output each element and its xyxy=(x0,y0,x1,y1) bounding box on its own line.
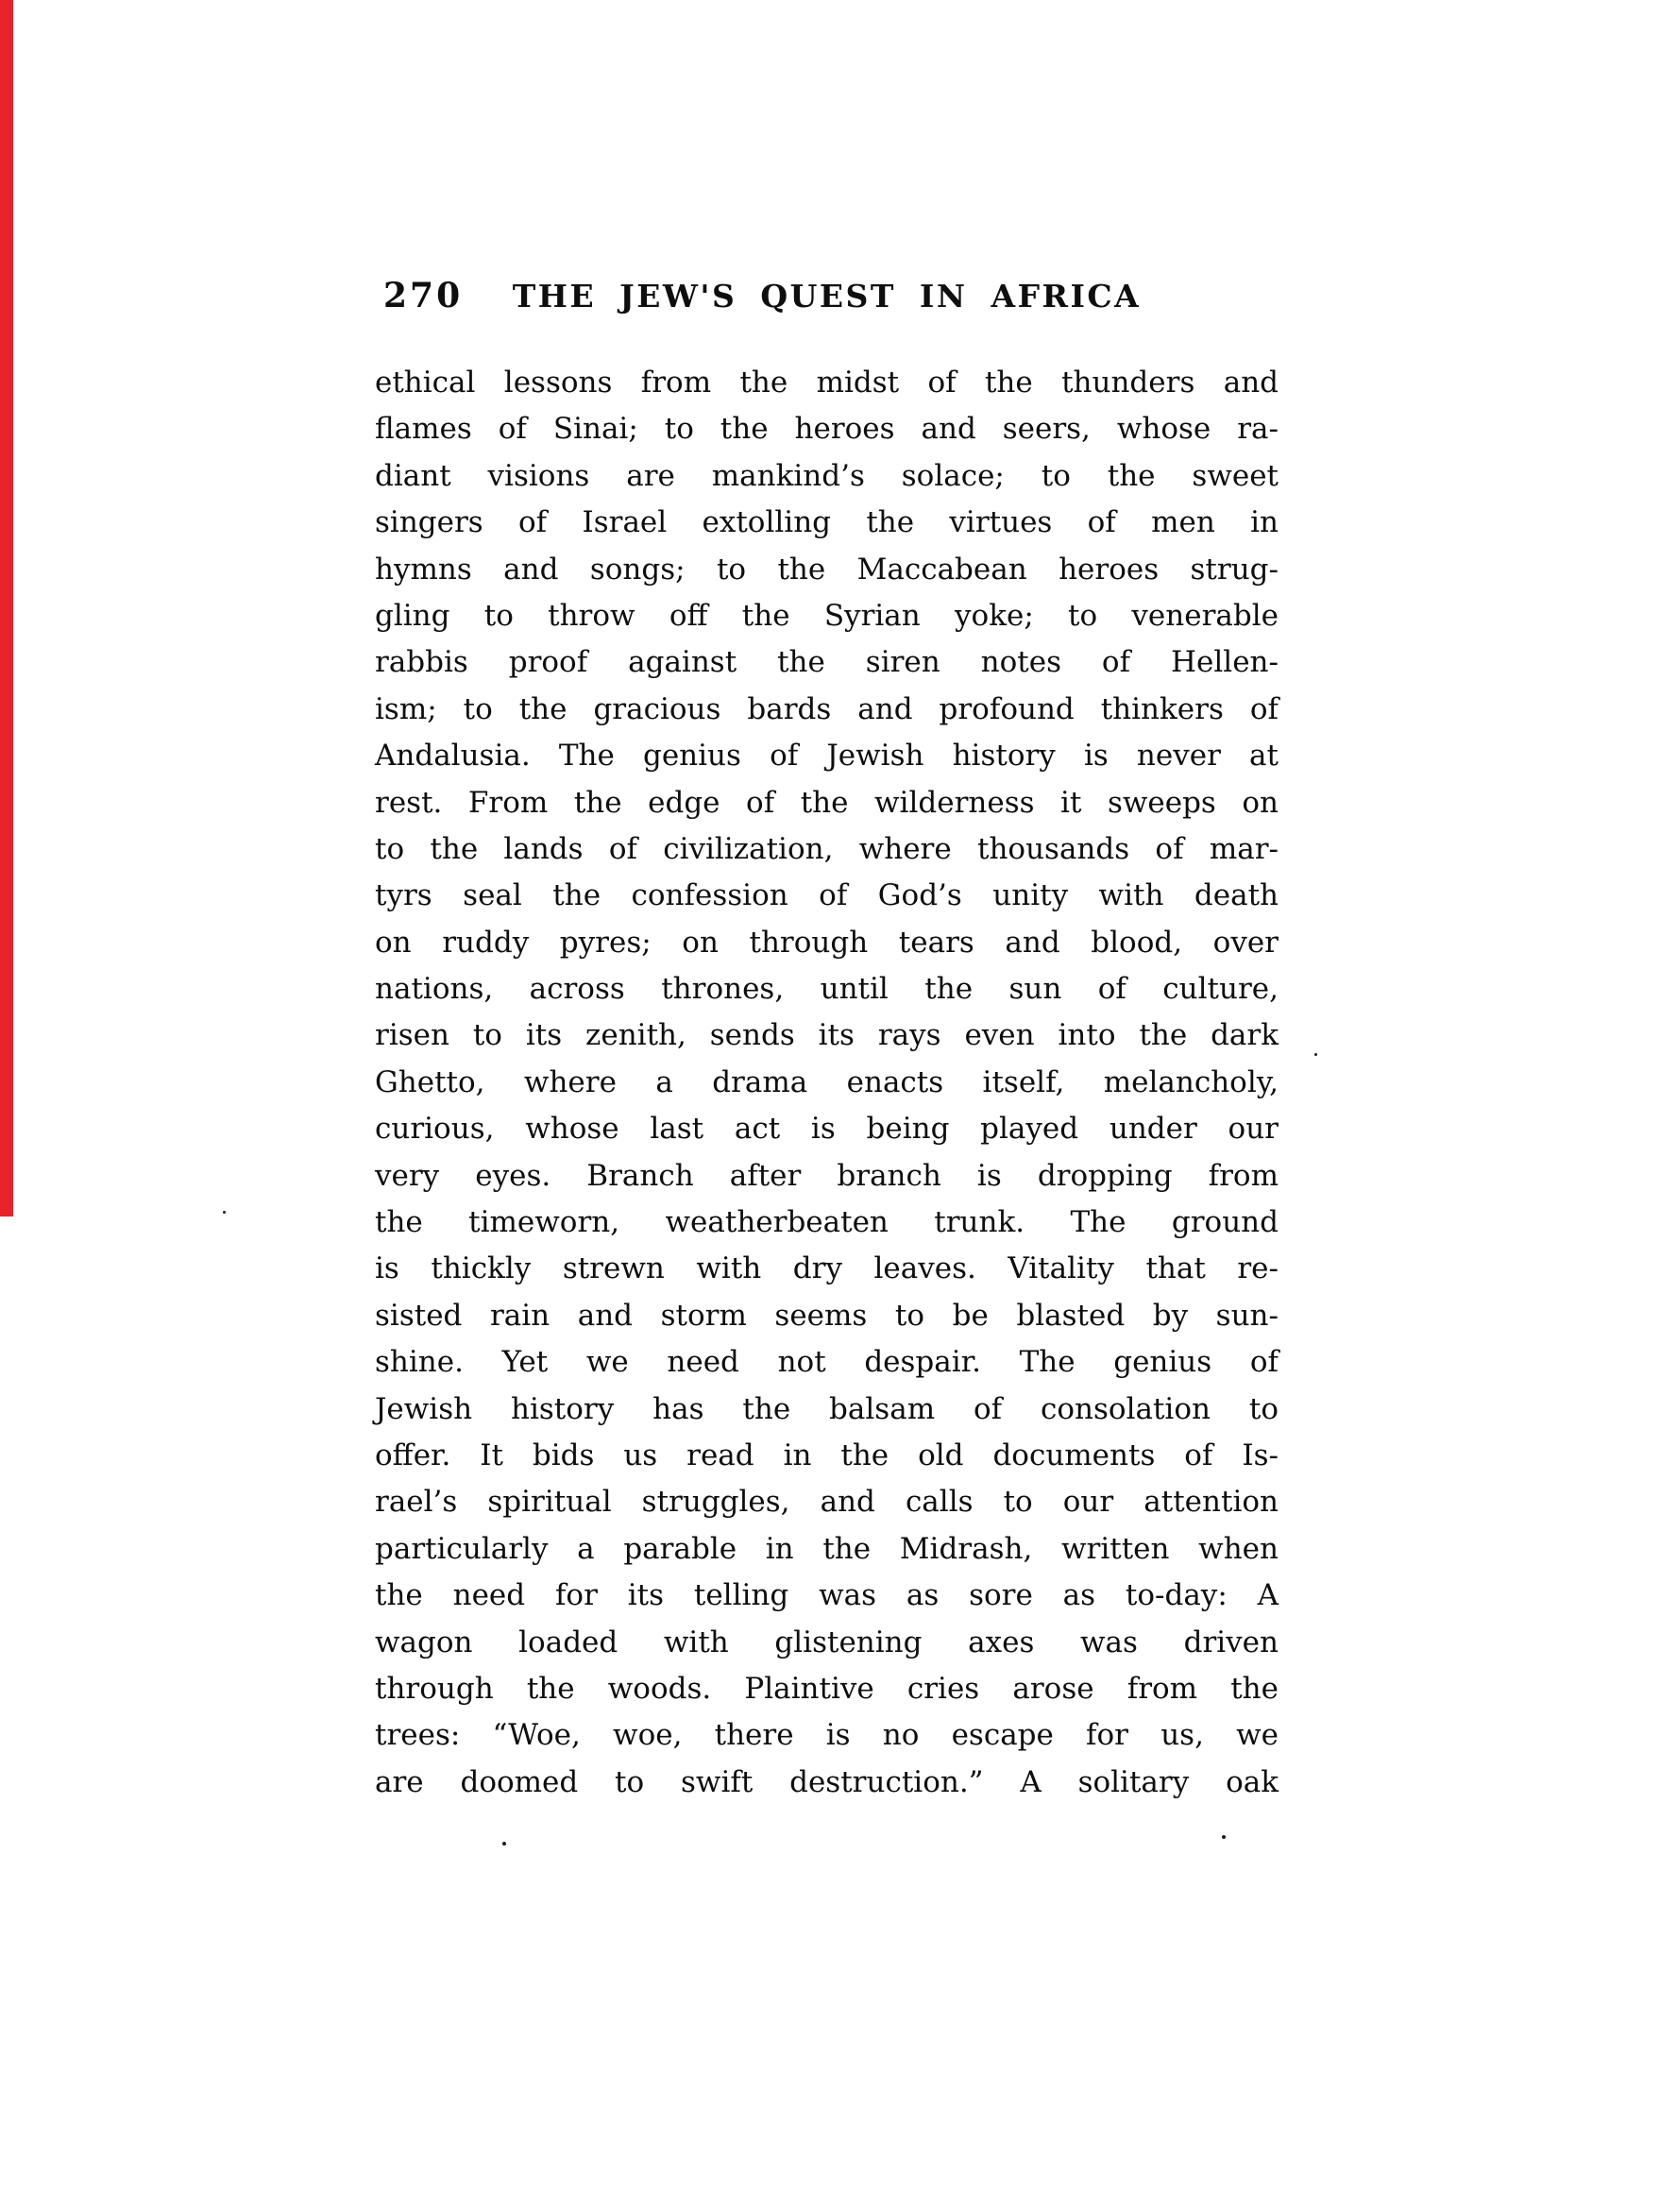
text-line: the need for its telling was as sore as … xyxy=(375,1573,1279,1619)
ink-speck xyxy=(223,1211,226,1214)
red-margin-stripe xyxy=(0,0,13,1217)
text-line: rest. From the edge of the wilderness it… xyxy=(375,780,1279,826)
text-line: singers of Israel extolling the virtues … xyxy=(375,500,1279,546)
text-line: on ruddy pyres; on through tears and blo… xyxy=(375,920,1279,966)
body-text: ethical lessons from the midst of the th… xyxy=(375,360,1279,1806)
text-line: curious, whose last act is being played … xyxy=(375,1106,1279,1152)
page-number: 270 xyxy=(383,276,463,315)
book-page: 270 THE JEW'S QUEST IN AFRICA ethical le… xyxy=(0,0,1660,2212)
ink-speck xyxy=(1314,1053,1317,1056)
text-line: are doomed to swift destruction.” A soli… xyxy=(375,1760,1279,1806)
text-line: tyrs seal the confession of God’s unity … xyxy=(375,873,1279,919)
text-line: shine. Yet we need not despair. The geni… xyxy=(375,1339,1279,1386)
text-line: particularly a parable in the Midrash, w… xyxy=(375,1526,1279,1573)
ink-speck xyxy=(1222,1835,1226,1839)
text-line: rael’s spiritual struggles, and calls to… xyxy=(375,1479,1279,1525)
text-line: very eyes. Branch after branch is droppi… xyxy=(375,1153,1279,1200)
text-line: hymns and songs; to the Maccabean heroes… xyxy=(375,547,1279,593)
text-line: gling to throw off the Syrian yoke; to v… xyxy=(375,593,1279,639)
text-line: flames of Sinai; to the heroes and seers… xyxy=(375,406,1279,452)
text-line: to the lands of civilization, where thou… xyxy=(375,826,1279,873)
text-line: wagon loaded with glistening axes was dr… xyxy=(375,1620,1279,1666)
text-line: offer. It bids us read in the old docume… xyxy=(375,1433,1279,1479)
ink-speck xyxy=(502,1842,506,1846)
text-line: ism; to the gracious bards and profound … xyxy=(375,687,1279,733)
page-header: 270 THE JEW'S QUEST IN AFRICA xyxy=(375,275,1279,333)
text-line: trees: “Woe, woe, there is no escape for… xyxy=(375,1712,1279,1759)
text-line: is thickly strewn with dry leaves. Vital… xyxy=(375,1246,1279,1292)
text-line: sisted rain and storm seems to be blaste… xyxy=(375,1293,1279,1339)
text-line: Jewish history has the balsam of consola… xyxy=(375,1387,1279,1433)
text-line: Andalusia. The genius of Jewish history … xyxy=(375,733,1279,779)
text-line: ethical lessons from the midst of the th… xyxy=(375,360,1279,406)
text-line: the timeworn, weatherbeaten trunk. The g… xyxy=(375,1200,1279,1246)
running-title: THE JEW'S QUEST IN AFRICA xyxy=(375,275,1279,315)
text-line: Ghetto, where a drama enacts itself, mel… xyxy=(375,1060,1279,1106)
text-line: through the woods. Plaintive cries arose… xyxy=(375,1666,1279,1712)
text-line: nations, across thrones, until the sun o… xyxy=(375,966,1279,1012)
text-line: risen to its zenith, sends its rays even… xyxy=(375,1012,1279,1059)
text-line: rabbis proof against the siren notes of … xyxy=(375,639,1279,686)
text-line: diant visions are mankind’s solace; to t… xyxy=(375,453,1279,500)
